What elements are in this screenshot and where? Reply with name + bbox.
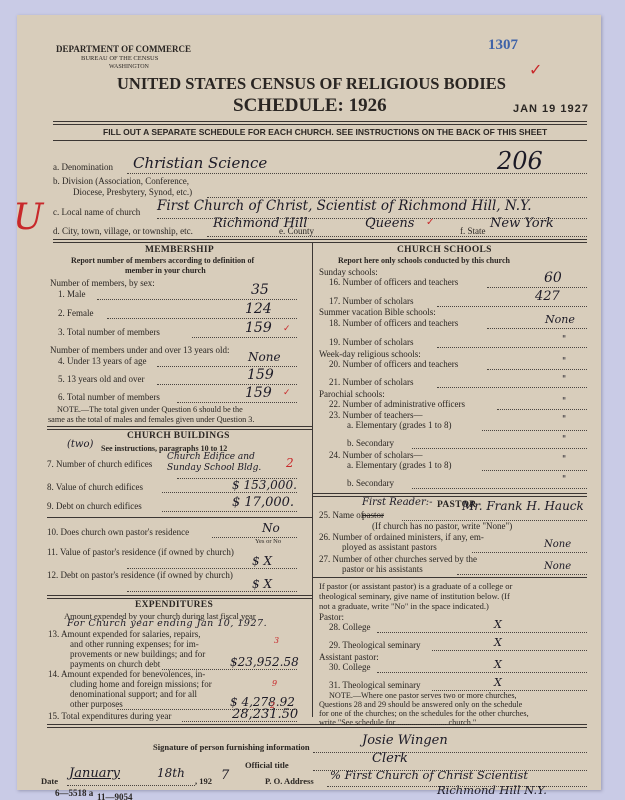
local-name-value[interactable]: First Church of Christ, Scientist of Ric… (157, 198, 532, 214)
age-group-label: Number of members under and over 13 year… (50, 345, 229, 355)
grad-note-2: theological seminary, give name of insti… (319, 591, 510, 601)
school-19-label: 19. Number of scholars (329, 337, 413, 347)
local-name-label: c. Local name of church (53, 207, 140, 217)
school-23b-label: b. Secondary (347, 438, 394, 448)
q31-value[interactable]: X (494, 676, 502, 689)
exp-14-line-3: denominational support; and for all (70, 689, 197, 699)
schedule-year: SCHEDULE: 1926 (233, 95, 387, 117)
school-17-value[interactable]: 427 (535, 289, 560, 304)
school-21-line (437, 387, 587, 388)
grad-note-3: not a graduate, write "No" in the space … (319, 601, 489, 611)
edifice-value-line (162, 492, 297, 493)
total-members-line (192, 337, 297, 338)
school-17-label: 17. Number of scholars (329, 296, 413, 306)
column-divider (312, 242, 313, 717)
department-name: DEPARTMENT OF COMMERCE (56, 44, 191, 54)
q25-label: 25. Name of (319, 510, 364, 520)
school-19-value[interactable]: " (562, 335, 566, 345)
sunday-schools-label: Sunday schools: (319, 267, 378, 277)
edifice-debt-value[interactable]: $ 17,000. (232, 495, 294, 510)
pastor-note-1: NOTE.—Where one pastor serves two or mor… (329, 691, 517, 700)
under-13-label: 4. Under 13 years of age (58, 356, 146, 366)
county-value[interactable]: Queens (365, 216, 414, 231)
weekday-schools-label: Week-day religious schools: (319, 349, 421, 359)
expenditures-title: EXPENDITURES (135, 600, 213, 610)
fiscal-year-note: For Church year ending Jan 10, 1927. (67, 618, 267, 629)
female-line (107, 318, 297, 319)
exp-14-line-4: other purposes (70, 699, 123, 709)
over-13-line (157, 384, 297, 385)
school-24a-value[interactable]: " (562, 455, 566, 465)
county-check-icon: ✓ (426, 217, 434, 228)
q31-label: 31. Theological seminary (329, 680, 421, 690)
form-title: UNITED STATES CENSUS OF RELIGIOUS BODIES (117, 74, 506, 94)
school-24b-line (412, 488, 587, 489)
two-annotation: (two) (67, 439, 93, 450)
bureau-city: WASHINGTON (109, 64, 149, 70)
q26-value[interactable]: None (544, 539, 571, 550)
q25-hint: (If church has no pastor, write "None") (372, 521, 512, 531)
denomination-value[interactable]: Christian Science (133, 154, 267, 172)
school-18-label: 18. Number of officers and teachers (329, 318, 458, 328)
school-23b-line (412, 448, 587, 449)
exp-15-label: 15. Total expenditures during year (48, 711, 171, 721)
check-mark-icon: ✓ (529, 60, 542, 80)
summer-schools-label: Summer vacation Bible schools: (319, 307, 436, 317)
total-members-2-line (177, 402, 297, 403)
section-divider (53, 239, 587, 243)
date-label: Date (41, 776, 58, 786)
stamp-number: 1307 (488, 37, 518, 54)
school-16-label: 16. Number of officers and teachers (329, 277, 458, 287)
exp-13-line-3: provements or new buildings; and for (70, 649, 205, 659)
exp-14-line-2: cluding home and foreign missions; for (70, 679, 212, 689)
over-13-value[interactable]: 159 (247, 367, 274, 383)
edifices-count-value[interactable]: Church Edifice and Sunday School Bldg. (167, 452, 287, 474)
pastor-sub-label: Pastor: (319, 612, 344, 622)
over-13-label: 5. 13 years old and over (58, 374, 144, 384)
code-number: 206 (497, 147, 543, 175)
date-day-value[interactable]: 18th (157, 766, 185, 780)
q27-label-1: 27. Number of other churches served by t… (319, 554, 477, 564)
school-20-value[interactable]: " (562, 357, 566, 367)
residence-debt-label: 12. Debt on pastor's residence (if owned… (47, 570, 237, 581)
school-19-line (437, 347, 587, 348)
male-label: 1. Male (58, 289, 86, 299)
school-24b-label: b. Secondary (347, 478, 394, 488)
grad-note-1: If pastor (or assistant pastor) is a gra… (319, 581, 512, 591)
school-22-label: 22. Number of administrative officers (329, 399, 465, 409)
address-line-1[interactable]: % First Church of Christ Scientist (330, 768, 528, 782)
schools-divider (313, 493, 587, 497)
school-23-label: 23. Number of teachers— (329, 410, 422, 420)
school-18-line (487, 328, 587, 329)
edifice-debt-label: 9. Debt on church edifices (47, 501, 142, 511)
form-number: 6—5518 a (55, 788, 93, 798)
county-label: e. County (279, 226, 314, 236)
pastor-residence-label: 10. Does church own pastor's residence (47, 527, 189, 537)
signature-value[interactable]: Josie Wingen (362, 733, 448, 748)
date-month-value[interactable]: January (69, 766, 120, 781)
exp-14-line-1: 14. Amount expended for benevolences, in… (48, 669, 205, 679)
signature-line (313, 752, 587, 753)
state-value[interactable]: New York (490, 216, 554, 231)
pastor-note-4: write "See schedule for ................… (319, 718, 476, 727)
date-year-suffix[interactable]: 7 (221, 768, 229, 783)
total-check-icon: ✓ (283, 323, 291, 334)
expenditures-divider (47, 724, 587, 728)
schools-subtitle: Report here only schools conducted by th… (338, 256, 510, 265)
edifices-count-label: 7. Number of church edifices (47, 459, 152, 469)
membership-divider (47, 426, 312, 430)
exp-14-mark: 9 (272, 679, 277, 688)
residence-debt-value[interactable]: $ X (252, 577, 272, 591)
school-17-line (437, 306, 587, 307)
membership-title: MEMBERSHIP (145, 245, 214, 255)
census-schedule-page: DEPARTMENT OF COMMERCE BUREAU OF THE CEN… (17, 15, 601, 790)
q30-value[interactable]: X (494, 658, 502, 671)
q27-line (457, 574, 587, 575)
q30-line (377, 672, 587, 673)
q29-line (432, 650, 587, 651)
edifice-debt-line (162, 511, 297, 512)
q27-label-2: pastor or his assistants (342, 564, 423, 574)
received-date-stamp: JAN 19 1927 (513, 103, 589, 115)
signature-label: Signature of person furnishing informati… (153, 742, 310, 752)
print-number: 11—9054 (97, 792, 133, 800)
membership-note-2: same as the total of males and females g… (48, 415, 254, 424)
male-value[interactable]: 35 (251, 282, 269, 298)
q26-label-2: ployed as assistant pastors (342, 542, 437, 552)
exp-13-mark: 3 (274, 636, 279, 645)
parochial-schools-label: Parochial schools: (319, 389, 385, 399)
school-23a-label: a. Elementary (grades 1 to 8) (347, 420, 451, 430)
under-13-line (157, 366, 297, 367)
q25-value[interactable]: Mr. Frank H. Hauck (462, 499, 584, 513)
official-title-value[interactable]: Clerk (372, 751, 408, 766)
assistant-pastor-label: Assistant pastor: (319, 652, 379, 662)
denomination-label: a. Denomination (53, 162, 113, 172)
q28-label: 28. College (329, 622, 371, 632)
female-label: 2. Female (58, 308, 94, 318)
city-label: d. City, town, village, or township, etc… (53, 226, 193, 236)
pastor-divider (313, 577, 587, 578)
address-label: P. O. Address (265, 776, 314, 786)
school-21-label: 21. Number of scholars (329, 377, 413, 387)
under-13-value[interactable]: None (248, 350, 281, 364)
city-line (207, 236, 587, 237)
edifices-count-mark: 2 (286, 456, 294, 470)
school-23a-line (482, 430, 587, 431)
female-value[interactable]: 124 (245, 301, 272, 317)
edifice-value-value[interactable]: $ 153,000. (232, 478, 297, 492)
q26-line (472, 552, 587, 553)
state-label: f. State (460, 226, 486, 236)
school-24a-line (482, 470, 587, 471)
residence-value-label: 11. Value of pastor's residence (if owne… (47, 547, 237, 558)
total-members-2-value[interactable]: 159 (245, 385, 272, 401)
header-divider (53, 121, 587, 125)
residence-value-value[interactable]: $ X (252, 554, 272, 568)
school-16-value[interactable]: 60 (544, 270, 562, 286)
division-label-2: Diocese, Presbytery, Synod, etc.) (73, 187, 192, 197)
yes-no-hint: Yes or No (255, 538, 281, 545)
male-line (97, 299, 297, 300)
q25-insert: First Reader:- (362, 497, 433, 508)
school-18-value[interactable]: None (545, 313, 575, 326)
instruction-divider (53, 140, 587, 141)
exp-15-value[interactable]: 28,231.50 (232, 707, 298, 722)
pastor-residence-value[interactable]: No (262, 521, 280, 535)
q29-value[interactable]: X (494, 636, 502, 649)
q28-value[interactable]: X (494, 618, 502, 631)
buildings-divider (47, 517, 312, 518)
bureau-name: BUREAU OF THE CENSUS (81, 55, 158, 62)
residence-debt-line (127, 591, 297, 592)
school-20-label: 20. Number of officers and teachers (329, 359, 458, 369)
school-22-line (497, 409, 587, 410)
by-sex-label: Number of members, by sex: (50, 278, 155, 288)
residence-value-line (127, 568, 297, 569)
buildings-bottom-divider (47, 595, 312, 599)
school-24b-value[interactable]: " (562, 475, 566, 485)
q30-label: 30. College (329, 662, 371, 672)
total-members-label: 3. Total number of members (58, 327, 160, 337)
total-members-2-label: 6. Total number of members (58, 392, 160, 402)
date-year-prefix: , 192 (195, 776, 212, 786)
exp-13-line-2: and other running expenses; for im- (70, 639, 199, 649)
pastor-note-3: for one of the churches; on the schedule… (319, 709, 529, 718)
instruction-banner: FILL OUT A SEPARATE SCHEDULE FOR EACH CH… (103, 127, 547, 137)
school-20-line (487, 369, 587, 370)
membership-note-1: NOTE.—The total given under Question 6 s… (57, 405, 243, 414)
school-23a-value[interactable]: " (562, 415, 566, 425)
membership-subtitle-1: Report number of members according to de… (71, 256, 254, 265)
buildings-title: CHURCH BUILDINGS (127, 431, 230, 441)
school-23b-value[interactable]: " (562, 435, 566, 445)
division-label-1: b. Division (Association, Conference, (53, 176, 189, 186)
q29-label: 29. Theological seminary (329, 640, 421, 650)
q27-value[interactable]: None (544, 561, 571, 572)
margin-mark: U (13, 197, 43, 238)
q26-label-1: 26. Number of ordained ministers, if any… (319, 532, 484, 542)
total-members-value[interactable]: 159 (245, 320, 272, 336)
exp-13-line-1: 13. Amount expended for salaries, repair… (48, 629, 200, 639)
school-21-value[interactable]: " (562, 375, 566, 385)
address-line-2[interactable]: Richmond Hill N.Y. (437, 783, 547, 797)
membership-subtitle-2: member in your church (125, 266, 206, 275)
exp-13-line-4: payments on church debt (70, 659, 160, 669)
q25-struck-word: pastor (362, 510, 384, 520)
exp-13-value[interactable]: $23,952.58 (230, 655, 299, 669)
edifice-value-label: 8. Value of church edifices (47, 482, 143, 492)
school-16-line (487, 287, 587, 288)
schools-title: CHURCH SCHOOLS (397, 245, 492, 255)
school-24a-label: a. Elementary (grades 1 to 8) (347, 460, 451, 470)
q28-line (377, 632, 587, 633)
total-2-check-icon: ✓ (283, 387, 291, 398)
school-24-label: 24. Number of scholars— (329, 450, 422, 460)
school-22-value[interactable]: " (562, 397, 566, 407)
official-title-label: Official title (245, 760, 289, 770)
date-line (67, 785, 195, 786)
pastor-note-2: Questions 28 and 29 should be answered o… (319, 700, 522, 709)
